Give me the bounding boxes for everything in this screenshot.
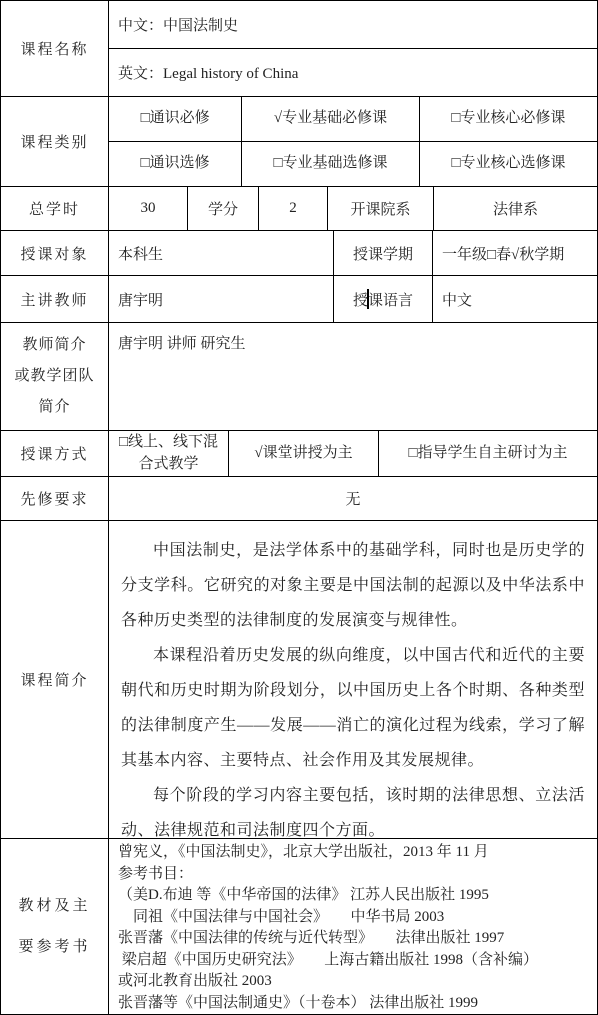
total-hours-label: 总学时 bbox=[1, 187, 109, 230]
row-teacher-intro: 教师简介 或教学团队 简介 唐宇明 讲师 研究生 bbox=[1, 323, 597, 431]
method-option-lecture: √课堂讲授为主 bbox=[229, 431, 379, 476]
category-option-major-basic-required: √专业基础必修课 bbox=[242, 97, 419, 141]
semester-value: 一年级□春√秋学期 bbox=[433, 231, 597, 275]
row-audience-semester: 授课对象 本科生 授课学期 一年级□春√秋学期 bbox=[1, 231, 597, 276]
textbook-line: 曾宪义，《中国法制史》，北京大学出版社，2013 年 11 月 bbox=[118, 842, 593, 864]
textbook-line: 张晋藩《中国法律的传统与近代转型》 法律出版社 1997 bbox=[118, 928, 593, 950]
textbooks-label: 教材及主 要参考书 bbox=[1, 839, 109, 1014]
course-intro-content: 中国法制史，是法学体系中的基础学科，同时也是历史学的分支学科。它研究的对象主要是… bbox=[109, 521, 597, 838]
category-option-general-elective: □通识选修 bbox=[109, 142, 242, 186]
textbook-line: 参考书目： bbox=[118, 864, 593, 886]
teacher-intro-content: 唐宇明 讲师 研究生 bbox=[109, 323, 597, 430]
language-value: 中文 bbox=[433, 276, 597, 322]
row-teacher-language: 主讲教师 唐宇明 授课语言 中文 bbox=[1, 276, 597, 323]
language-label-text: 授课语言 bbox=[353, 289, 413, 310]
textbook-line: 或河北教育出版社 2003 bbox=[118, 971, 593, 993]
course-intro-paragraph: 本课程沿着历史发展的纵向维度，以中国古代和近代的主要朝代和历史时期为阶段划分，以… bbox=[121, 638, 585, 778]
category-option-major-basic-elective: □专业基础选修课 bbox=[242, 142, 420, 186]
credits-value: 2 bbox=[259, 187, 328, 230]
row-course-category: 课程类别 □通识必修 √专业基础必修课 □专业核心必修课 □通识选修 □专业基础… bbox=[1, 97, 597, 187]
method-option-blended: □线上、线下混合式教学 bbox=[109, 431, 229, 476]
course-name-chinese: 中文：中国法制史 bbox=[109, 1, 597, 48]
total-hours-value: 30 bbox=[109, 187, 188, 230]
teacher-label: 主讲教师 bbox=[1, 276, 109, 322]
row-hours-credits: 总学时 30 学分 2 开课院系 法律系 bbox=[1, 187, 597, 231]
course-intro-label: 课程简介 bbox=[1, 521, 109, 838]
category-option-general-required: □通识必修 bbox=[109, 97, 242, 141]
audience-value: 本科生 bbox=[109, 231, 334, 275]
semester-label: 授课学期 bbox=[334, 231, 433, 275]
row-course-intro: 课程简介 中国法制史，是法学体系中的基础学科，同时也是历史学的分支学科。它研究的… bbox=[1, 521, 597, 839]
language-label: 授课语言 bbox=[334, 276, 433, 322]
category-option-major-core-required: □专业核心必修课 bbox=[420, 97, 597, 141]
textbook-line: 梁启超《中国历史研究法》 上海古籍出版社 1998（含补编） bbox=[118, 950, 593, 972]
row-teaching-method: 授课方式 □线上、线下混合式教学 √课堂讲授为主 □指导学生自主研讨为主 bbox=[1, 431, 597, 477]
text-cursor bbox=[367, 289, 369, 309]
department-label: 开课院系 bbox=[328, 187, 434, 230]
method-option-self-study: □指导学生自主研讨为主 bbox=[379, 431, 597, 476]
category-option-major-core-elective: □专业核心选修课 bbox=[420, 142, 597, 186]
credits-label: 学分 bbox=[188, 187, 259, 230]
teacher-value: 唐宇明 bbox=[109, 276, 334, 322]
department-value: 法律系 bbox=[434, 187, 597, 230]
prerequisites-value: 无 bbox=[109, 477, 597, 520]
course-intro-paragraph: 每个阶段的学习内容主要包括，该时期的法律思想、立法活动、法律规范和司法制度四个方… bbox=[121, 778, 585, 838]
audience-label: 授课对象 bbox=[1, 231, 109, 275]
row-prerequisites: 先修要求 无 bbox=[1, 477, 597, 521]
teaching-method-label: 授课方式 bbox=[1, 431, 109, 476]
textbook-line: 同祖《中国法律与中国社会》 中华书局 2003 bbox=[118, 907, 593, 929]
course-name-label: 课程名称 bbox=[1, 1, 109, 96]
textbook-line: 张晋藩等《中国法制通史》（十卷本） 法律出版社 1999 bbox=[118, 993, 593, 1015]
row-textbooks: 教材及主 要参考书 曾宪义，《中国法制史》，北京大学出版社，2013 年 11 … bbox=[1, 839, 597, 1014]
prerequisites-label: 先修要求 bbox=[1, 477, 109, 520]
course-info-table: 课程名称 中文：中国法制史 英文：Legal history of China … bbox=[0, 0, 598, 1015]
textbook-line: （美D.布迪 等《中华帝国的法律》 江苏人民出版社 1995 bbox=[118, 885, 593, 907]
course-intro-paragraph: 中国法制史，是法学体系中的基础学科，同时也是历史学的分支学科。它研究的对象主要是… bbox=[121, 533, 585, 638]
row-course-name: 课程名称 中文：中国法制史 英文：Legal history of China bbox=[1, 1, 597, 97]
teacher-intro-label: 教师简介 或教学团队 简介 bbox=[1, 323, 109, 430]
textbooks-content: 曾宪义，《中国法制史》，北京大学出版社，2013 年 11 月 参考书目： （美… bbox=[109, 839, 597, 1014]
course-name-english: 英文：Legal history of China bbox=[109, 49, 597, 96]
course-category-label: 课程类别 bbox=[1, 97, 109, 186]
